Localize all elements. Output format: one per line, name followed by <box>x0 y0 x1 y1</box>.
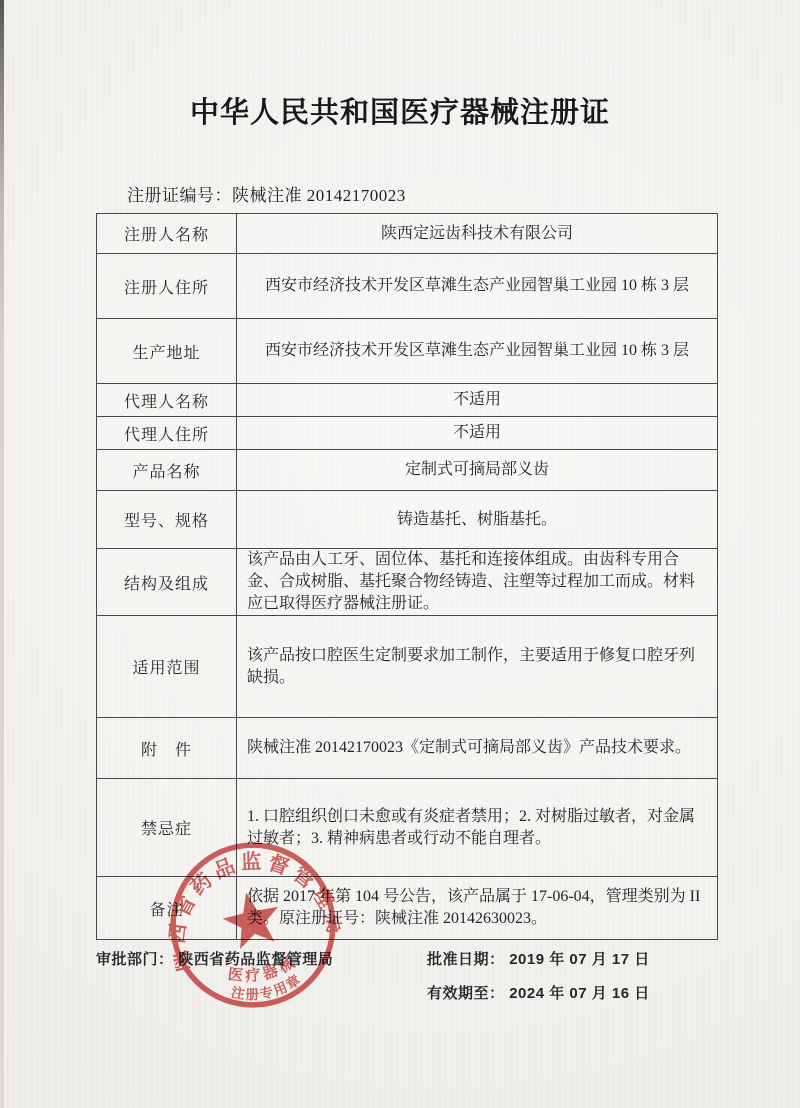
approval-date-label: 批准日期： <box>427 951 505 968</box>
row-value: 定制式可摘局部义齿 <box>237 450 717 490</box>
seal-star-icon <box>218 887 285 951</box>
valid-until-label: 有效期至： <box>427 985 505 1002</box>
table-row-intended-use: 适用范围 该产品按口腔医生定制要求加工制作，主要适用于修复口腔牙列缺损。 <box>97 615 717 717</box>
cert-number-label: 注册证编号： <box>127 186 232 205</box>
row-value: 西安市经济技术开发区草滩生态产业园智巢工业园 10 栋 3 层 <box>237 319 717 383</box>
certificate-table: 注册人名称 陕西定远齿科技术有限公司 注册人住所 西安市经济技术开发区草滩生态产… <box>96 213 718 940</box>
approval-department-label: 审批部门： <box>96 951 174 968</box>
row-label: 产品名称 <box>97 450 237 490</box>
certificate-page: 中华人民共和国医疗器械注册证 注册证编号：陕械注准 20142170023 注册… <box>0 0 800 1108</box>
row-value: 不适用 <box>237 384 717 416</box>
table-row-structure-composition: 结构及组成 该产品由人工牙、固位体、基托和连接体组成。由齿科专用合金、合成树脂、… <box>97 548 717 615</box>
approval-date-line: 批准日期： 2019 年 07 月 17 日 <box>427 948 650 969</box>
valid-until-value: 2024 年 07 月 16 日 <box>509 985 650 1002</box>
row-label: 结构及组成 <box>97 549 237 615</box>
certificate-title: 中华人民共和国医疗器械注册证 <box>0 90 800 131</box>
row-value: 陕械注准 20142170023《定制式可摘局部义齿》产品技术要求。 <box>237 718 717 778</box>
row-label: 型号、规格 <box>97 491 237 548</box>
row-value: 铸造基托、树脂基托。 <box>237 491 717 548</box>
row-value: 西安市经济技术开发区草滩生态产业园智巢工业园 10 栋 3 层 <box>237 254 717 318</box>
table-row-attachment: 附 件 陕械注准 20142170023《定制式可摘局部义齿》产品技术要求。 <box>97 717 717 778</box>
table-row-production-address: 生产地址 西安市经济技术开发区草滩生态产业园智巢工业园 10 栋 3 层 <box>97 318 717 383</box>
row-label: 适用范围 <box>97 616 237 717</box>
table-row-agent-name: 代理人名称 不适用 <box>97 383 717 416</box>
row-value: 该产品按口腔医生定制要求加工制作，主要适用于修复口腔牙列缺损。 <box>237 616 717 717</box>
row-value: 陕西定远齿科技术有限公司 <box>237 214 717 253</box>
official-seal-stamp-icon: 陕西省药品监督管理局 医疗器械 注册专用章 <box>152 824 354 1026</box>
row-label: 注册人住所 <box>97 254 237 318</box>
row-value: 不适用 <box>237 417 717 449</box>
row-label: 代理人名称 <box>97 384 237 416</box>
cert-number-value: 陕械注准 20142170023 <box>232 186 406 205</box>
table-row-agent-address: 代理人住所 不适用 <box>97 416 717 449</box>
table-row-product-name: 产品名称 定制式可摘局部义齿 <box>97 449 717 490</box>
row-label: 注册人名称 <box>97 214 237 253</box>
cert-number-line: 注册证编号：陕械注准 20142170023 <box>127 181 406 206</box>
approval-date-value: 2019 年 07 月 17 日 <box>509 951 650 968</box>
row-label: 附 件 <box>97 718 237 778</box>
table-row-registrant-name: 注册人名称 陕西定远齿科技术有限公司 <box>97 214 717 253</box>
scan-left-edge <box>0 0 4 1108</box>
row-label: 生产地址 <box>97 319 237 383</box>
row-label: 代理人住所 <box>97 417 237 449</box>
row-value: 该产品由人工牙、固位体、基托和连接体组成。由齿科专用合金、合成树脂、基托聚合物经… <box>237 549 717 615</box>
valid-until-line: 有效期至： 2024 年 07 月 16 日 <box>427 982 650 1003</box>
table-row-model-spec: 型号、规格 铸造基托、树脂基托。 <box>97 490 717 548</box>
table-row-registrant-address: 注册人住所 西安市经济技术开发区草滩生态产业园智巢工业园 10 栋 3 层 <box>97 253 717 318</box>
